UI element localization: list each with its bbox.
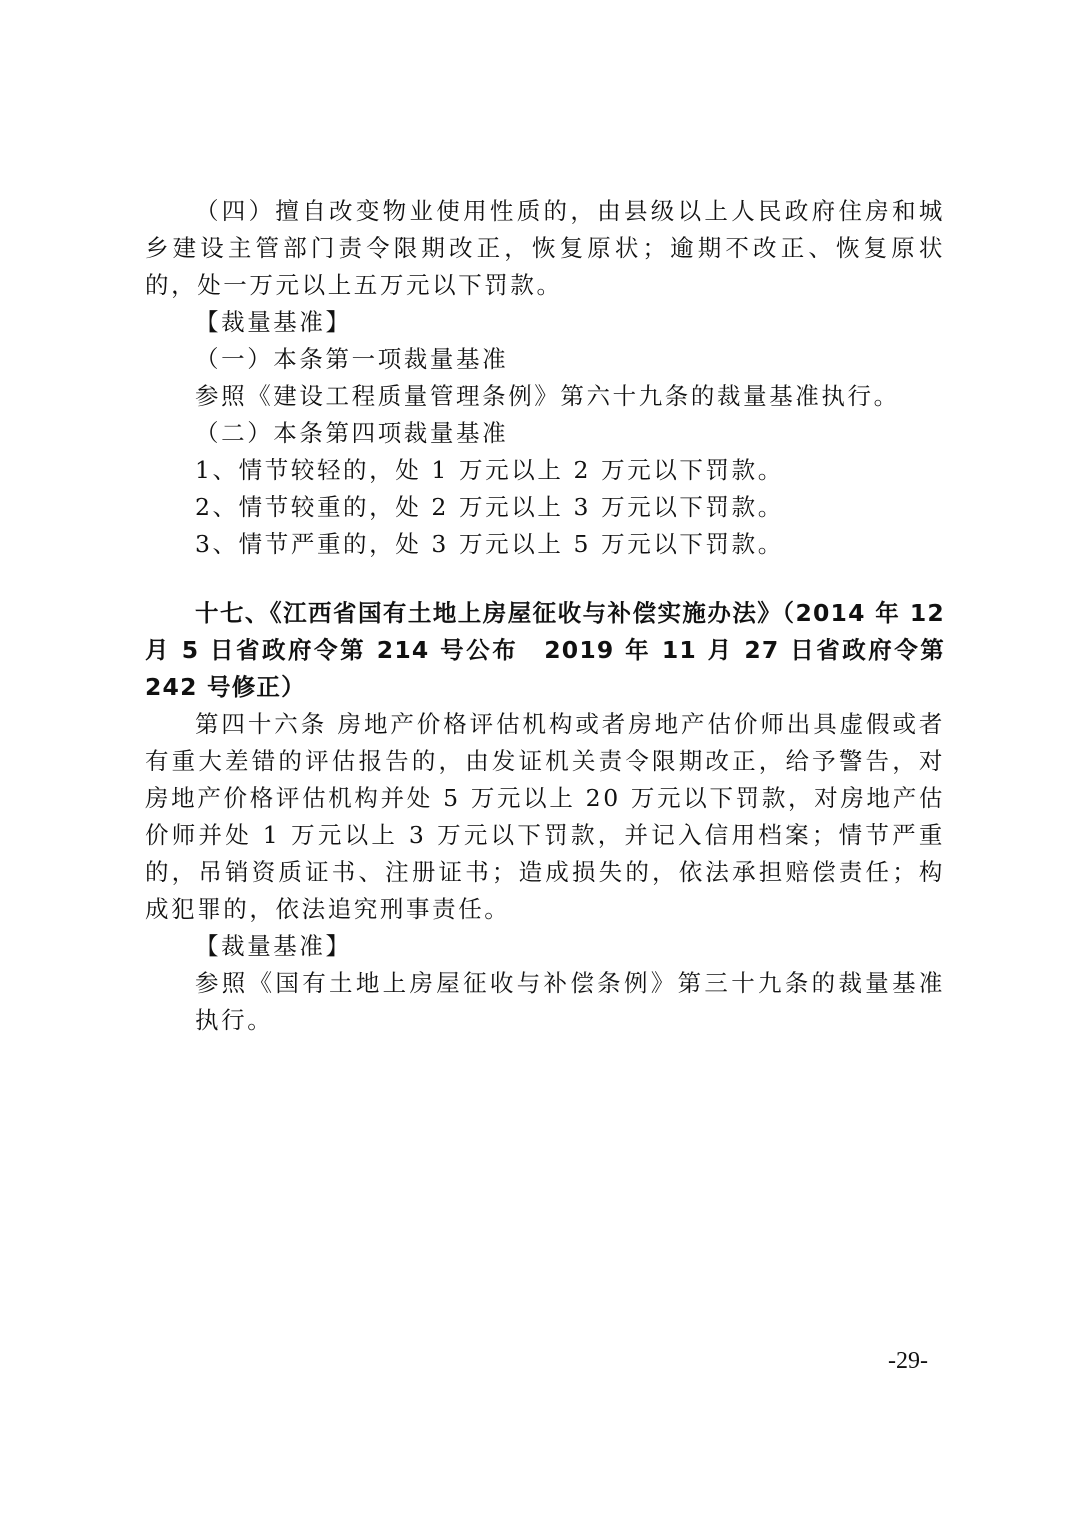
sub2-item-3: 3、情节严重的，处 3 万元以上 5 万元以下罚款。	[145, 526, 945, 563]
article-46-paragraph: 第四十六条 房地产价格评估机构或者房地产估价师出具虚假或者有重大差错的评估报告的…	[145, 706, 945, 928]
sub2-title: （二）本条第四项裁量基准	[145, 415, 945, 452]
document-page: （四）擅自改变物业使用性质的，由县级以上人民政府住房和城乡建设主管部门责令限期改…	[0, 0, 1075, 1520]
sub2-item-1: 1、情节较轻的，处 1 万元以上 2 万元以下罚款。	[145, 452, 945, 489]
sub1-title: （一）本条第一项裁量基准	[145, 341, 945, 378]
section-previous-clause: （四）擅自改变物业使用性质的，由县级以上人民政府住房和城乡建设主管部门责令限期改…	[145, 193, 945, 563]
page-number: -29-	[888, 1348, 928, 1375]
section-17-heading: 十七、《江西省国有土地上房屋征收与补偿实施办法》（2014 年 12 月 5 日…	[145, 595, 945, 706]
discretion-heading: 【裁量基准】	[145, 928, 945, 965]
discretion-text: 参照《国有土地上房屋征收与补偿条例》第三十九条的裁量基准执行。	[145, 965, 945, 1039]
clause-4-paragraph: （四）擅自改变物业使用性质的，由县级以上人民政府住房和城乡建设主管部门责令限期改…	[145, 193, 945, 304]
section-17: 十七、《江西省国有土地上房屋征收与补偿实施办法》（2014 年 12 月 5 日…	[145, 595, 945, 1039]
sub2-item-2: 2、情节较重的，处 2 万元以上 3 万元以下罚款。	[145, 489, 945, 526]
sub1-text: 参照《建设工程质量管理条例》第六十九条的裁量基准执行。	[145, 378, 945, 415]
discretion-heading: 【裁量基准】	[145, 304, 945, 341]
